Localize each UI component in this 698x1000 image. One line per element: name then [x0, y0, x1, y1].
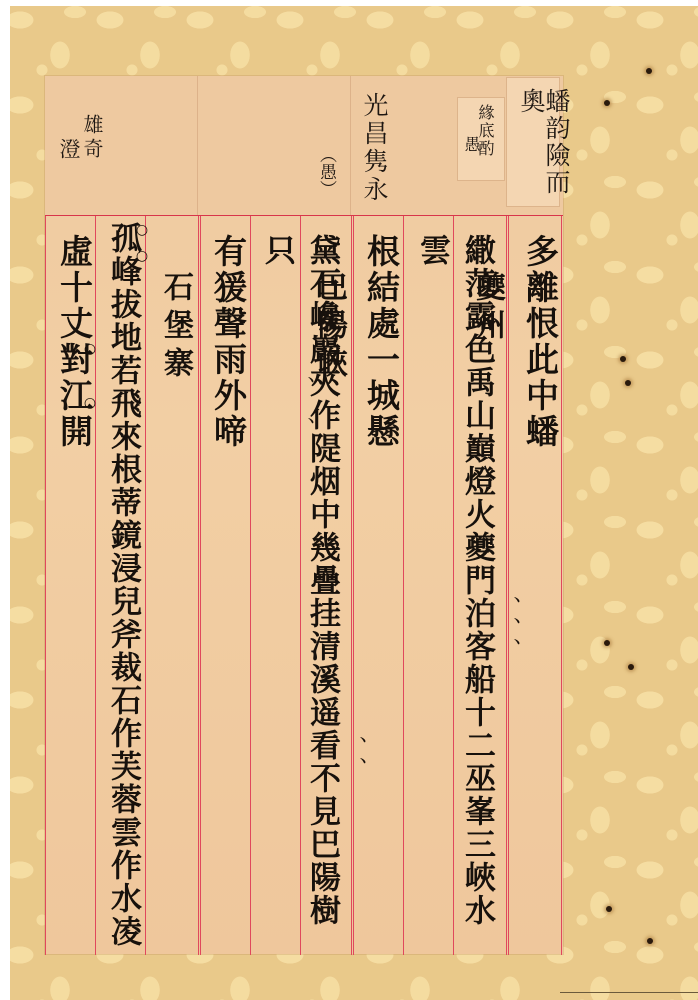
emphasis-dots: 、、、: [497, 596, 519, 670]
emphasis-dots: 、、: [343, 736, 365, 789]
wormhole: [646, 68, 652, 74]
album-edge-line: [560, 992, 698, 993]
annotation-left-a: 雄奇: [82, 114, 102, 162]
emphasis-circles: ○○: [135, 222, 149, 274]
scan-border-top: [10, 0, 698, 6]
poem-title: 石堡寨: [153, 271, 197, 385]
emphasis-dots: 、、: [291, 376, 313, 469]
column-text: 有猨聲雨外啼: [205, 234, 252, 450]
column-text: 根結處一城懸: [358, 234, 405, 450]
wormhole: [628, 664, 634, 670]
emphasis-circles: ○○: [83, 341, 97, 449]
wormhole: [647, 938, 653, 944]
scan-border-left: [0, 0, 10, 1000]
column-text: 繖范露色禹山巔燈火夔門泊客船十二巫峯三峽水雲: [410, 234, 500, 955]
manuscript-page: 蟠韵險而奧 緣底酌 愚 光昌隽永 （愚） 雄奇 澄 多離恨此中蟠 夔州 繖范露色…: [45, 76, 563, 954]
wormhole: [620, 356, 626, 362]
annotation-right: 蟠韵險而奧: [519, 88, 569, 215]
column-text: 黛石巉巖夾作隄烟中幾疊挂清溪遥看不見巴陽樹只: [255, 234, 345, 955]
wormhole: [625, 380, 631, 386]
header-margin: 蟠韵險而奧 緣底酌 愚 光昌隽永 （愚） 雄奇 澄: [45, 76, 563, 215]
wormhole: [604, 640, 610, 646]
annotation-center: 光昌隽永: [362, 92, 387, 204]
ruled-columns: 多離恨此中蟠 夔州 繖范露色禹山巔燈火夔門泊客船十二巫峯三峽水雲 根結處一城懸 …: [45, 215, 563, 955]
annotation-left-b: 澄: [58, 138, 79, 159]
column-text: 多離恨此中蟠: [517, 234, 564, 450]
wormhole: [604, 100, 610, 106]
annotation-paren-mark: （愚）: [317, 146, 334, 197]
wormhole: [606, 906, 612, 912]
annotation-small-mark: 愚: [463, 136, 479, 152]
column-text: 孤峰拔地若飛來根蒂鏡浸兒斧裁石作芙蓉雲作水凌: [101, 222, 146, 948]
